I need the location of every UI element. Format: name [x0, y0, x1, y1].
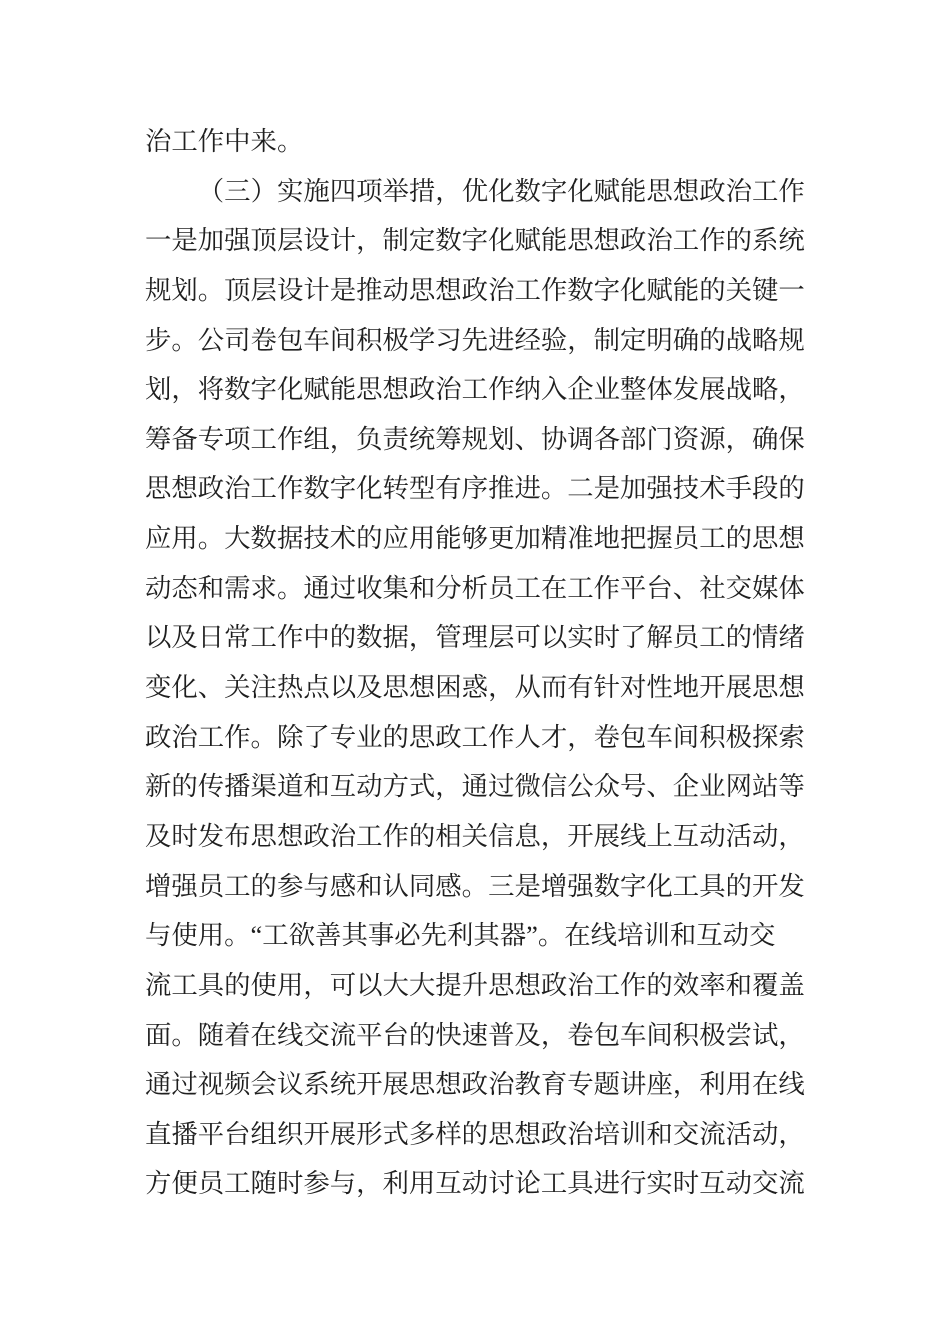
text-line: 流工具的使用，可以大大提升思想政治工作的效率和覆盖 — [145, 961, 807, 1011]
text-line: 一是加强顶层设计，制定数字化赋能思想政治工作的系统 — [145, 216, 807, 266]
text-line: 以及日常工作中的数据，管理层可以实时了解员工的情绪 — [145, 613, 807, 663]
text-line: 治工作中来。 — [145, 117, 807, 167]
text-line: 规划。顶层设计是推动思想政治工作数字化赋能的关键一 — [145, 266, 807, 316]
text-line: 新的传播渠道和互动方式，通过微信公众号、企业网站等 — [145, 762, 807, 812]
section-heading-line: （三）实施四项举措，优化数字化赋能思想政治工作 — [145, 167, 807, 217]
text-line: 动态和需求。通过收集和分析员工在工作平台、社交媒体 — [145, 564, 807, 614]
text-line: 变化、关注热点以及思想困惑，从而有针对性地开展思想 — [145, 663, 807, 713]
text-line: 划，将数字化赋能思想政治工作纳入企业整体发展战略， — [145, 365, 807, 415]
text-block: 治工作中来。 （三）实施四项举措，优化数字化赋能思想政治工作 一是加强顶层设计，… — [145, 117, 807, 1209]
text-line: 通过视频会议系统开展思想政治教育专题讲座，利用在线 — [145, 1060, 807, 1110]
text-line: 方便员工随时参与，利用互动讨论工具进行实时互动交流 — [145, 1159, 807, 1209]
text-line: 与使用。“工欲善其事必先利其器”。在线培训和互动交 — [145, 911, 807, 961]
text-line: 直播平台组织开展形式多样的思想政治培训和交流活动， — [145, 1110, 807, 1160]
text-line: 步。公司卷包车间积极学习先进经验，制定明确的战略规 — [145, 316, 807, 366]
document-page: 治工作中来。 （三）实施四项举措，优化数字化赋能思想政治工作 一是加强顶层设计，… — [0, 0, 950, 1344]
text-line: 应用。大数据技术的应用能够更加精准地把握员工的思想 — [145, 514, 807, 564]
text-line: 增强员工的参与感和认同感。三是增强数字化工具的开发 — [145, 862, 807, 912]
text-line: 面。随着在线交流平台的快速普及，卷包车间积极尝试， — [145, 1011, 807, 1061]
text-line: 及时发布思想政治工作的相关信息，开展线上互动活动， — [145, 812, 807, 862]
text-line: 筹备专项工作组，负责统筹规划、协调各部门资源，确保 — [145, 415, 807, 465]
text-line: 政治工作。除了专业的思政工作人才，卷包车间积极探索 — [145, 713, 807, 763]
text-line: 思想政治工作数字化转型有序推进。二是加强技术手段的 — [145, 464, 807, 514]
